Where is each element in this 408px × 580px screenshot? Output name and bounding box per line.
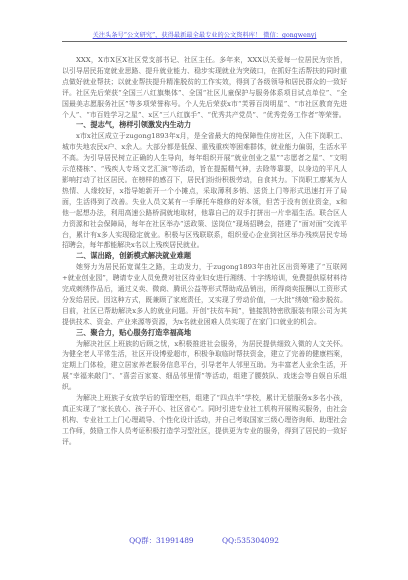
qq-contact-label: QQ:535304092 <box>222 536 279 545</box>
section-1-paragraph: x市x社区成立于zugong1893年x月，是全省最大的纯保障性住房社区，入住下… <box>62 131 347 251</box>
section-3-paragraph-2: 为解决上班族子女放学后的管理空档，组建了“四点半”学校，累计无偿服务x多名小孩，… <box>62 393 347 448</box>
section-3-paragraph-1: 为解决社区上班族的后顾之忧，x积极推进社会服务，为居民提供细致入微的人文关怀。为… <box>62 339 347 394</box>
promo-banner-link[interactable]: 关注头条号“公文研究”，获得最新最全最专业的公文资料库！ 微信：gongweny… <box>93 32 317 39</box>
section-2-paragraph: 她努力为居民拓宽谋生之路，主动发力，于zugong1893年由社区出资筹建了“互… <box>62 262 347 327</box>
intro-paragraph: XXX，X市X区X社区党支部书记、社区主任。多年来，XXX以关爱每一位居民为宗旨… <box>62 55 347 120</box>
promo-banner: 关注头条号“公文研究”，获得最新最全最专业的公文资料库！ 微信：gongweny… <box>62 31 347 42</box>
contact-footer: QQ群：31991489 QQ:535304092 <box>0 535 408 546</box>
article-body: XXX，X市X区X社区党支部书记、社区主任。多年来，XXX以关爱每一位居民为宗旨… <box>62 55 347 448</box>
section-heading-1: 一、提志气，榜样引领激发内生动力 <box>62 120 347 131</box>
section-heading-2: 二、谋出路，创新模式解决就业难题 <box>62 251 347 262</box>
qq-group-label: QQ群：31991489 <box>129 535 194 546</box>
section-heading-3: 三、聚合力，贴心服务打造幸福高地 <box>62 328 347 339</box>
